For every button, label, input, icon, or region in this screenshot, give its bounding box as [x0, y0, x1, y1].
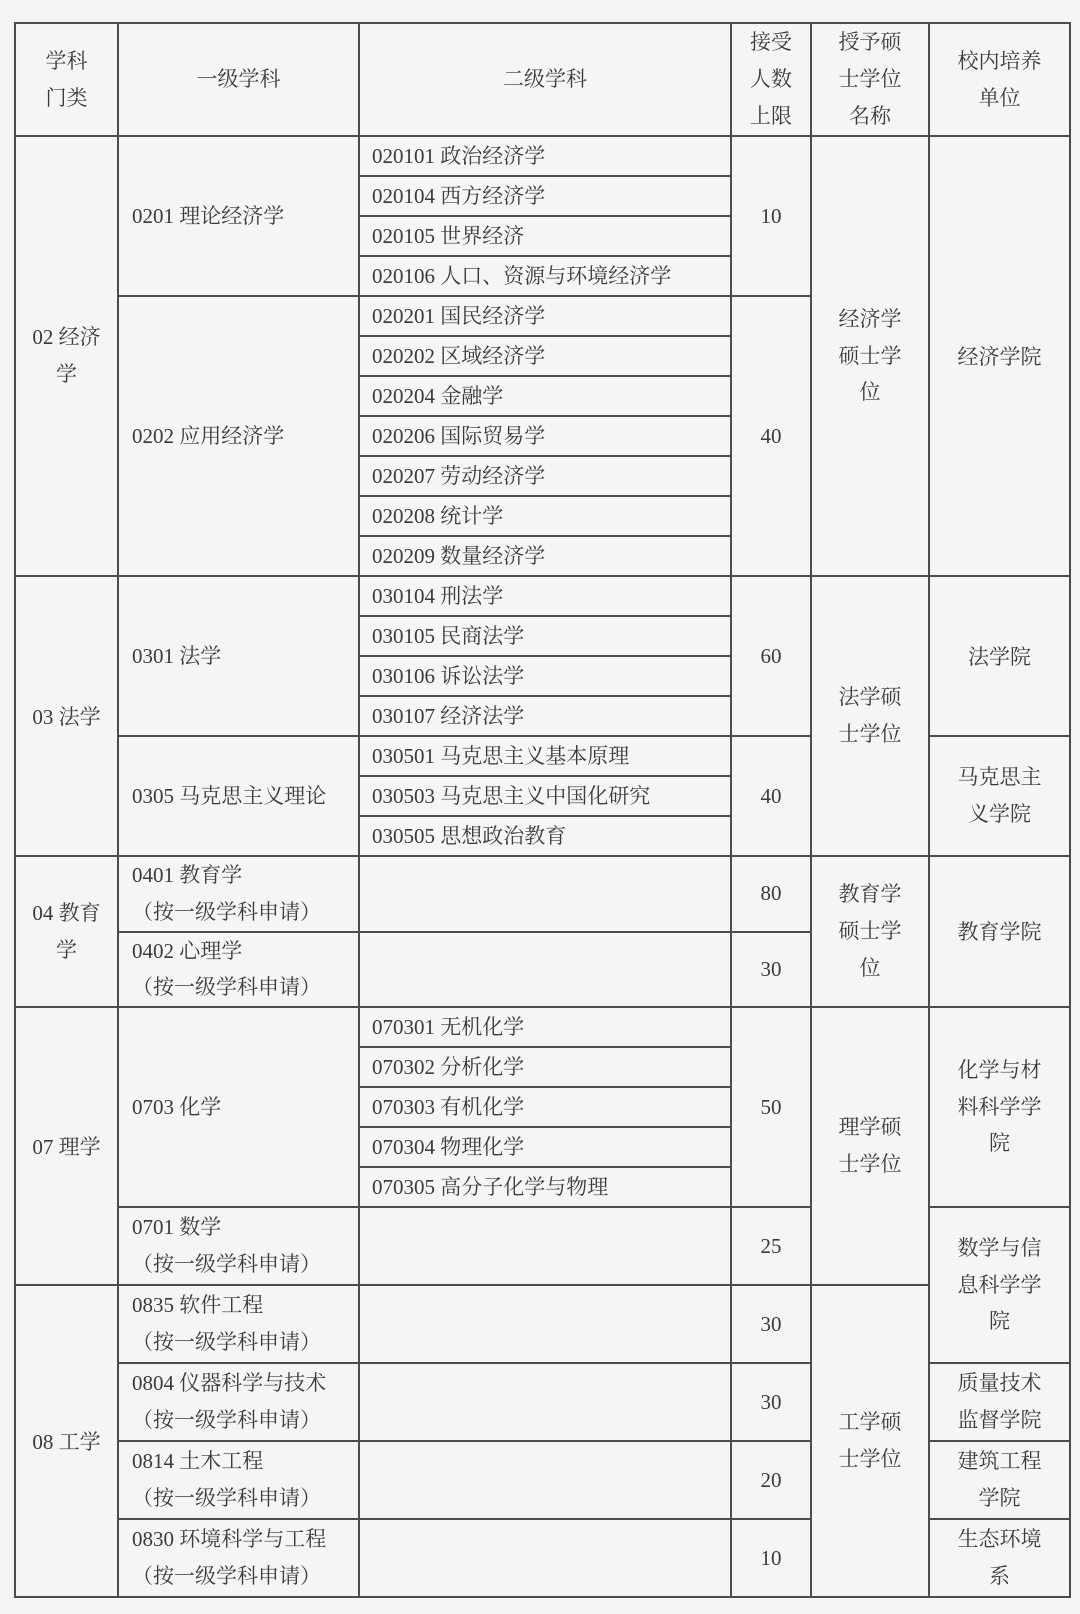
unit-cell: 法学院 — [929, 576, 1070, 736]
subdiscipline-cell: 070302 分析化学 — [359, 1047, 731, 1087]
limit-cell: 30 — [731, 932, 811, 1008]
unit-cell: 马克思主义学院 — [929, 736, 1070, 856]
category-cell: 07 理学 — [15, 1007, 118, 1285]
subdiscipline-cell: 020206 国际贸易学 — [359, 416, 731, 456]
unit-cell: 教育学院 — [929, 856, 1070, 1007]
subdiscipline-cell: 070305 高分子化学与物理 — [359, 1167, 731, 1207]
subdiscipline-cell: 070304 物理化学 — [359, 1127, 731, 1167]
subdiscipline-cell-empty — [359, 1285, 731, 1363]
unit-cell: 质量技术监督学院 — [929, 1363, 1070, 1441]
subdiscipline-cell: 020209 数量经济学 — [359, 536, 731, 576]
limit-cell: 40 — [731, 736, 811, 856]
subdiscipline-cell: 030501 马克思主义基本原理 — [359, 736, 731, 776]
discipline-cell: 0703 化学 — [118, 1007, 359, 1207]
category-cell: 03 法学 — [15, 576, 118, 856]
document-page: 学科门类 一级学科 二级学科 接受人数上限 授予硕士学位名称 校内培养单位 02… — [0, 0, 1080, 1614]
subdiscipline-cell: 070301 无机化学 — [359, 1007, 731, 1047]
limit-cell: 10 — [731, 136, 811, 296]
category-cell: 04 教育学 — [15, 856, 118, 1007]
limit-cell: 40 — [731, 296, 811, 576]
subdiscipline-cell-empty — [359, 856, 731, 932]
subdiscipline-cell: 020202 区域经济学 — [359, 336, 731, 376]
category-cell: 08 工学 — [15, 1285, 118, 1597]
subdiscipline-cell: 030105 民商法学 — [359, 616, 731, 656]
discipline-cell: 0835 软件工程 （按一级学科申请） — [118, 1285, 359, 1363]
discipline-table: 学科门类 一级学科 二级学科 接受人数上限 授予硕士学位名称 校内培养单位 02… — [14, 22, 1071, 1598]
header-degree: 授予硕士学位名称 — [811, 23, 929, 136]
unit-cell: 经济学院 — [929, 136, 1070, 576]
limit-cell: 80 — [731, 856, 811, 932]
discipline-cell: 0401 教育学 （按一级学科申请） — [118, 856, 359, 932]
table-row: 04 教育学 0401 教育学 （按一级学科申请） 80 教育学硕士学位 教育学… — [15, 856, 1070, 932]
header-unit: 校内培养单位 — [929, 23, 1070, 136]
discipline-cell: 0305 马克思主义理论 — [118, 736, 359, 856]
limit-cell: 30 — [731, 1363, 811, 1441]
header-subject-category: 学科门类 — [15, 23, 118, 136]
subdiscipline-cell: 020105 世界经济 — [359, 216, 731, 256]
header-limit: 接受人数上限 — [731, 23, 811, 136]
limit-cell: 50 — [731, 1007, 811, 1207]
discipline-cell: 0202 应用经济学 — [118, 296, 359, 576]
subdiscipline-cell-empty — [359, 1441, 731, 1519]
discipline-cell: 0830 环境科学与工程 （按一级学科申请） — [118, 1519, 359, 1597]
degree-cell: 经济学硕士学位 — [811, 136, 929, 576]
header-row: 学科门类 一级学科 二级学科 接受人数上限 授予硕士学位名称 校内培养单位 — [15, 23, 1070, 136]
subdiscipline-cell: 030107 经济法学 — [359, 696, 731, 736]
unit-cell: 数学与信息科学学院 — [929, 1207, 1070, 1363]
header-second-level: 二级学科 — [359, 23, 731, 136]
subdiscipline-cell-empty — [359, 1519, 731, 1597]
header-first-level: 一级学科 — [118, 23, 359, 136]
table-row: 07 理学 0703 化学 070301 无机化学 50 理学硕士学位 化学与材… — [15, 1007, 1070, 1047]
subdiscipline-cell-empty — [359, 1363, 731, 1441]
unit-cell: 生态环境系 — [929, 1519, 1070, 1597]
degree-cell: 教育学硕士学位 — [811, 856, 929, 1007]
limit-cell: 30 — [731, 1285, 811, 1363]
discipline-cell: 0201 理论经济学 — [118, 136, 359, 296]
header-limit-label: 接受人数上限 — [748, 24, 793, 134]
unit-cell: 建筑工程学院 — [929, 1441, 1070, 1519]
subdiscipline-cell: 030505 思想政治教育 — [359, 816, 731, 856]
subdiscipline-cell: 030503 马克思主义中国化研究 — [359, 776, 731, 816]
subdiscipline-cell: 020101 政治经济学 — [359, 136, 731, 176]
header-unit-label: 校内培养单位 — [956, 43, 1043, 117]
subdiscipline-cell: 030104 刑法学 — [359, 576, 731, 616]
table-row: 02 经济学 0201 理论经济学 020101 政治经济学 10 经济学硕士学… — [15, 136, 1070, 176]
subdiscipline-cell-empty — [359, 1207, 731, 1285]
subdiscipline-cell: 030106 诉讼法学 — [359, 656, 731, 696]
subdiscipline-cell: 070303 有机化学 — [359, 1087, 731, 1127]
subdiscipline-cell-empty — [359, 932, 731, 1008]
category-cell: 02 经济学 — [15, 136, 118, 576]
discipline-cell: 0701 数学 （按一级学科申请） — [118, 1207, 359, 1285]
table-row: 03 法学 0301 法学 030104 刑法学 60 法学硕士学位 法学院 — [15, 576, 1070, 616]
subdiscipline-cell: 020208 统计学 — [359, 496, 731, 536]
discipline-cell: 0804 仪器科学与技术 （按一级学科申请） — [118, 1363, 359, 1441]
subdiscipline-cell: 020104 西方经济学 — [359, 176, 731, 216]
discipline-cell: 0402 心理学 （按一级学科申请） — [118, 932, 359, 1008]
subdiscipline-cell: 020204 金融学 — [359, 376, 731, 416]
subdiscipline-cell: 020106 人口、资源与环境经济学 — [359, 256, 731, 296]
degree-cell: 理学硕士学位 — [811, 1007, 929, 1285]
limit-cell: 20 — [731, 1441, 811, 1519]
header-subject-category-label: 学科门类 — [44, 43, 89, 117]
header-first-level-label: 一级学科 — [197, 67, 281, 91]
discipline-cell: 0814 土木工程 （按一级学科申请） — [118, 1441, 359, 1519]
limit-cell: 25 — [731, 1207, 811, 1285]
table-row: 08 工学 0835 软件工程 （按一级学科申请） 30 工学硕士学位 — [15, 1285, 1070, 1363]
limit-cell: 10 — [731, 1519, 811, 1597]
discipline-cell: 0301 法学 — [118, 576, 359, 736]
header-degree-label: 授予硕士学位名称 — [837, 24, 903, 134]
subdiscipline-cell: 020201 国民经济学 — [359, 296, 731, 336]
limit-cell: 60 — [731, 576, 811, 736]
header-second-level-label: 二级学科 — [503, 67, 587, 91]
degree-cell: 工学硕士学位 — [811, 1285, 929, 1597]
unit-cell: 化学与材料科学学院 — [929, 1007, 1070, 1207]
degree-cell: 法学硕士学位 — [811, 576, 929, 856]
subdiscipline-cell: 020207 劳动经济学 — [359, 456, 731, 496]
